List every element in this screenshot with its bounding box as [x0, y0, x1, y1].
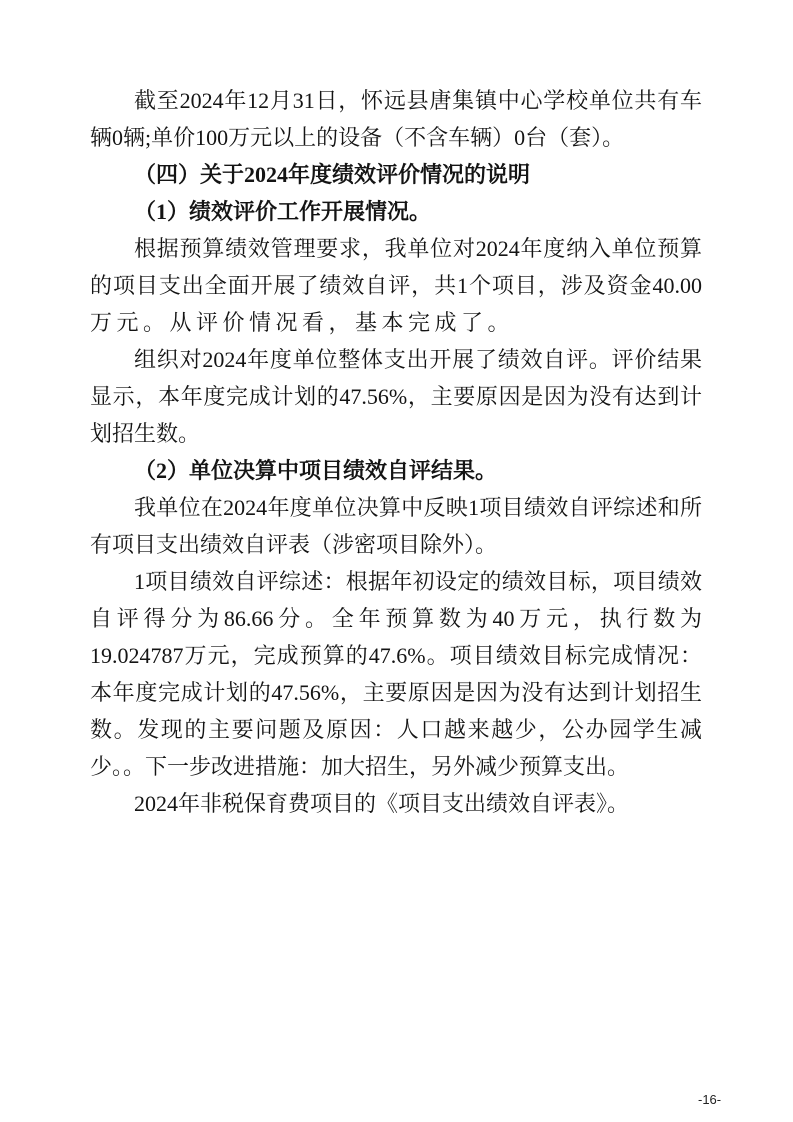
document-page: 截至2024年12月31日，怀远县唐集镇中心学校单位共有车 辆0辆;单价100万… — [90, 82, 702, 822]
text-line: 本年度完成计划的47.56%，主要原因是因为没有达到计划招生 — [90, 674, 702, 711]
section-heading: （四）关于2024年度绩效评价情况的说明 — [90, 156, 702, 193]
text-line: 截至2024年12月31日，怀远县唐集镇中心学校单位共有车 — [90, 82, 702, 119]
text-line: 19.024787万元，完成预算的47.6%。项目绩效目标完成情况： — [90, 637, 702, 674]
section-heading: （1）绩效评价工作开展情况。 — [90, 193, 702, 230]
text-line: 辆0辆;单价100万元以上的设备（不含车辆）0台（套）。 — [90, 119, 702, 156]
text-line: 1项目绩效自评综述：根据年初设定的绩效目标，项目绩效 — [90, 563, 702, 600]
text-line: 少。。下一步改进措施：加大招生，另外减少预算支出。 — [90, 748, 702, 785]
text-line: 自评得分为86.66分。全年预算数为40万元，执行数为 — [90, 600, 702, 637]
section-heading: （2）单位决算中项目绩效自评结果。 — [90, 452, 702, 489]
text-line: 组织对2024年度单位整体支出开展了绩效自评。评价结果 — [90, 341, 702, 378]
text-line: 划招生数。 — [90, 415, 702, 452]
text-line: 2024年非税保育费项目的《项目支出绩效自评表》。 — [90, 785, 702, 822]
text-line: 有项目支出绩效自评表（涉密项目除外）。 — [90, 526, 702, 563]
text-line: 的项目支出全面开展了绩效自评，共1个项目，涉及资金40.00 — [90, 267, 702, 304]
text-line: 数。发现的主要问题及原因：人口越来越少，公办园学生减 — [90, 711, 702, 748]
page-number: -16- — [698, 1092, 721, 1108]
text-line: 我单位在2024年度单位决算中反映1项目绩效自评综述和所 — [90, 489, 702, 526]
text-line: 万元。从评价情况看，基本完成了。 — [90, 304, 702, 341]
text-line: 根据预算绩效管理要求，我单位对2024年度纳入单位预算 — [90, 230, 702, 267]
text-line: 显示，本年度完成计划的47.56%，主要原因是因为没有达到计 — [90, 378, 702, 415]
